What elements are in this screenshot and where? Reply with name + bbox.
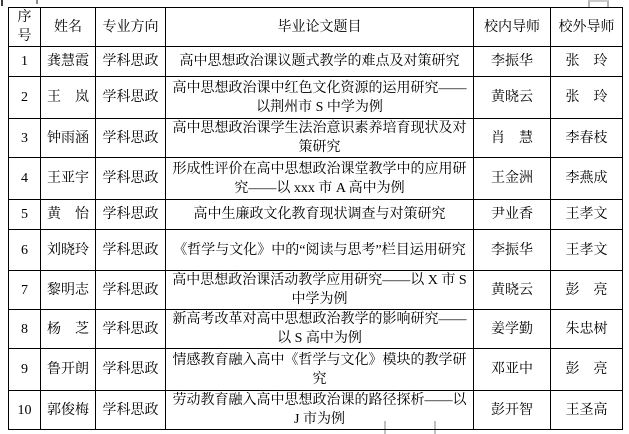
cell-major: 学科思政 [96,271,166,310]
cell-title: 高中思想政治课学生法治意识素养培育现状及对策研究 [166,119,474,158]
cell-no: 2 [9,77,41,119]
cell-title: 高中思想政治课活动教学应用研究——以 X 市 S 中学为例 [166,271,474,310]
cell-name: 黄 怡 [41,200,96,230]
cell-internal-advisor: 李振华 [474,230,551,271]
cell-name: 王亚宇 [41,158,96,200]
cell-internal-advisor: 彭开智 [474,391,551,430]
table-row: 8 杨 芝 学科思政 新高考改革对高中思想政治教学的影响研究——以 S 高中为例… [9,310,623,349]
cell-no: 8 [9,310,41,349]
cell-title: 劳动教育融入高中思想政治课的路径探析——以 J 市为例 [166,391,474,430]
cell-external-advisor: 王孝文 [551,200,623,230]
cropped-row-artifact-top-right [588,0,609,7]
cell-title: 情感教育融入高中《哲学与文化》模块的教学研究 [166,349,474,391]
cell-external-advisor: 张 玲 [551,47,623,77]
column-header-name: 姓名 [41,8,96,47]
cell-no: 3 [9,119,41,158]
cell-title: 高中思想政治课议题式教学的难点及对策研究 [166,47,474,77]
cell-external-advisor: 李春枝 [551,119,623,158]
cell-title: 新高考改革对高中思想政治教学的影响研究——以 S 高中为例 [166,310,474,349]
cell-major: 学科思政 [96,77,166,119]
cell-name: 杨 芝 [41,310,96,349]
cell-title: 高中思想政治课中红色文化资源的运用研究——以荆州市 S 中学为例 [166,77,474,119]
cell-title: 高中生廉政文化教育现状调查与对策研究 [166,200,474,230]
cell-name: 钟雨涵 [41,119,96,158]
cell-major: 学科思政 [96,119,166,158]
cell-internal-advisor: 王金洲 [474,158,551,200]
cell-major: 学科思政 [96,47,166,77]
table-row: 7 黎明志 学科思政 高中思想政治课活动教学应用研究——以 X 市 S 中学为例… [9,271,623,310]
table-row: 9 鲁开朗 学科思政 情感教育融入高中《哲学与文化》模块的教学研究 邓亚中 彭 … [9,349,623,391]
cell-title: 《哲学与文化》中的“阅读与思考”栏目运用研究 [166,230,474,271]
cell-no: 7 [9,271,41,310]
cell-no: 5 [9,200,41,230]
column-header-major: 专业方向 [96,8,166,47]
column-header-external-advisor: 校外导师 [551,8,623,47]
cell-no: 10 [9,391,41,430]
header-row: 序号 姓名 专业方向 毕业论文题目 校内导师 校外导师 [9,8,623,47]
cell-major: 学科思政 [96,230,166,271]
cell-internal-advisor: 黄晓云 [474,271,551,310]
cell-internal-advisor: 尹业香 [474,200,551,230]
column-header-internal-advisor: 校内导师 [474,8,551,47]
cell-internal-advisor: 邓亚中 [474,349,551,391]
thesis-assignment-table: 序号 姓名 专业方向 毕业论文题目 校内导师 校外导师 1 龚慧霞 学科思政 高… [8,7,623,430]
cell-major: 学科思政 [96,391,166,430]
cell-name: 郭俊梅 [41,391,96,430]
cell-name: 王 岚 [41,77,96,119]
cell-external-advisor: 彭 亮 [551,271,623,310]
cell-external-advisor: 朱忠树 [551,310,623,349]
cell-title: 形成性评价在高中思想政治课堂教学中的应用研究——以 xxx 市 A 高中为例 [166,158,474,200]
cell-no: 9 [9,349,41,391]
cell-name: 鲁开朗 [41,349,96,391]
table-row: 2 王 岚 学科思政 高中思想政治课中红色文化资源的运用研究——以荆州市 S 中… [9,77,623,119]
cell-no: 6 [9,230,41,271]
table-row: 3 钟雨涵 学科思政 高中思想政治课学生法治意识素养培育现状及对策研究 肖 慧 … [9,119,623,158]
cell-external-advisor: 李燕成 [551,158,623,200]
cell-internal-advisor: 肖 慧 [474,119,551,158]
cell-internal-advisor: 黄晓云 [474,77,551,119]
cell-internal-advisor: 姜学勤 [474,310,551,349]
cell-external-advisor: 王孝文 [551,230,623,271]
cell-major: 学科思政 [96,158,166,200]
cell-external-advisor: 王圣高 [551,391,623,430]
cell-name: 黎明志 [41,271,96,310]
cell-name: 刘晓玲 [41,230,96,271]
cell-major: 学科思政 [96,200,166,230]
cell-no: 4 [9,158,41,200]
table-row: 4 王亚宇 学科思政 形成性评价在高中思想政治课堂教学中的应用研究——以 xxx… [9,158,623,200]
table-row: 5 黄 怡 学科思政 高中生廉政文化教育现状调查与对策研究 尹业香 王孝文 [9,200,623,230]
cell-external-advisor: 张 玲 [551,77,623,119]
cropped-row-artifact-top-left-2 [36,0,38,4]
cropped-row-artifact-top-left [1,0,3,6]
cell-internal-advisor: 李振华 [474,47,551,77]
table-row: 1 龚慧霞 学科思政 高中思想政治课议题式教学的难点及对策研究 李振华 张 玲 [9,47,623,77]
cell-major: 学科思政 [96,310,166,349]
column-header-no: 序号 [9,8,41,47]
cell-external-advisor: 彭 亮 [551,349,623,391]
cell-no: 1 [9,47,41,77]
column-header-title: 毕业论文题目 [166,8,474,47]
cell-major: 学科思政 [96,349,166,391]
cell-name: 龚慧霞 [41,47,96,77]
table-row: 6 刘晓玲 学科思政 《哲学与文化》中的“阅读与思考”栏目运用研究 李振华 王孝… [9,230,623,271]
table-row: 10 郭俊梅 学科思政 劳动教育融入高中思想政治课的路径探析——以 J 市为例 … [9,391,623,430]
